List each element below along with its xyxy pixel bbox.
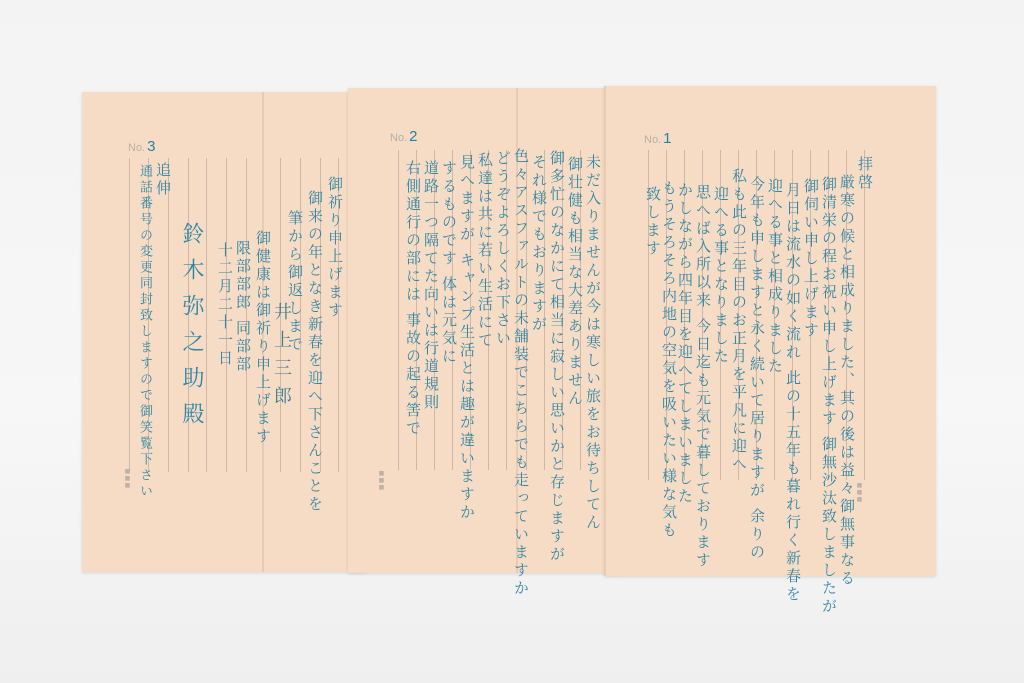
handwritten-line: 私達は共に若い生活にて [476, 152, 494, 350]
handwritten-line: 御壮健も相当な大差ありません [566, 156, 584, 408]
letter-sheet-2: No.2 未だ入りませんが今は寒しい旅をお待ちしてん 御壮健も相当な大差ありませ… [348, 88, 623, 573]
handwritten-line: 御来の年となき新春を迎へ下さんことを [306, 190, 324, 514]
handwritten-line: かしながら四年目を迎へてしまいました [676, 182, 694, 506]
handwritten-line: 御多忙のなかにて相当に寂しい思いかと存じますが [548, 150, 566, 564]
handwritten-line: 色々アスファルトの未舗装でこちらでも走っていますか [512, 148, 530, 598]
handwritten-line: どうぞよろしくお下さい [494, 150, 512, 348]
ruled-line [398, 150, 399, 470]
handwritten-line: 致します [644, 186, 662, 258]
ruled-line [864, 150, 865, 480]
page-number: No.3 [128, 138, 155, 155]
ruled-line [168, 158, 169, 472]
paper-footer-mark: ■■■ [124, 468, 131, 489]
handwritten-line: 見へますが キャンプ生活とは趣が違いますか [458, 154, 476, 522]
page-number: No.2 [390, 128, 417, 145]
handwritten-line: 十二月二十一日 [216, 242, 234, 368]
handwritten-line: 拝啓 [856, 156, 874, 192]
handwritten-line: 通話番号の変更同封致しますので御笑覧下さい [135, 164, 153, 500]
letter-sheet-3: No.3 通話番号の変更同封致しますので御笑覧下さい 追伸 鈴木弥之助殿 十二月… [82, 92, 367, 572]
letter-sheet-1: No.1 拝啓 厳寒の候と相成りました、其の後は益々御無事なる 御清栄の程お祝い… [604, 86, 936, 576]
signature: 井上三郎 [272, 302, 290, 414]
handwritten-line: 未だ入りませんが今は寒しい旅をお待ちしてん [584, 154, 602, 532]
handwritten-line: 今年も申しますと永く続いて居りますが 余りの [748, 176, 766, 562]
handwritten-line: するものです 体は元気に [440, 160, 458, 366]
handwritten-line: 迎へる事と相成りました [766, 178, 784, 376]
fold-line [604, 86, 606, 576]
handwritten-line: 迎へる事となりました [712, 186, 730, 366]
handwritten-line: 御祈り申上げます [326, 176, 344, 320]
handwritten-line: 月日は流水の如く流れ 此の十五年も暮れ行く新春を [784, 182, 802, 604]
handwritten-line: 右側通行の部には 事故の起る筈で [404, 160, 422, 438]
ruled-line [206, 158, 207, 472]
handwritten-line: 思へば入所以来 今日迄も元気で暮しております [694, 184, 712, 570]
handwritten-line: 御伺い申し上げます [802, 178, 820, 340]
handwritten-line: 追伸 [154, 162, 172, 198]
handwritten-line: もうそろそろ内地の空気を吸いたい様な気も [660, 180, 678, 540]
page-number: No.1 [644, 130, 671, 147]
handwritten-line: 私も此の三年目のお正月を平凡に迎へ [730, 168, 748, 474]
handwritten-line: 御健康は御祈り申上げます [254, 230, 272, 446]
handwritten-line: 限部部郎 同部部 [234, 240, 252, 374]
handwritten-line: 鈴木弥之助殿 [182, 222, 200, 438]
handwritten-line: それ様でもおりますが [530, 154, 548, 334]
ruled-line [129, 158, 130, 472]
handwritten-line: 厳寒の候と相成りました、其の後は益々御無事なる [838, 174, 856, 588]
handwritten-line: 道路一つ隔てた向いは行道規則 [422, 160, 440, 412]
paper-footer-mark: ■■■ [856, 482, 863, 503]
paper-footer-mark: ■■■ [378, 470, 385, 491]
handwritten-line: 御清栄の程お祝い申し上げます 御無沙汰致しましたが [820, 176, 838, 616]
